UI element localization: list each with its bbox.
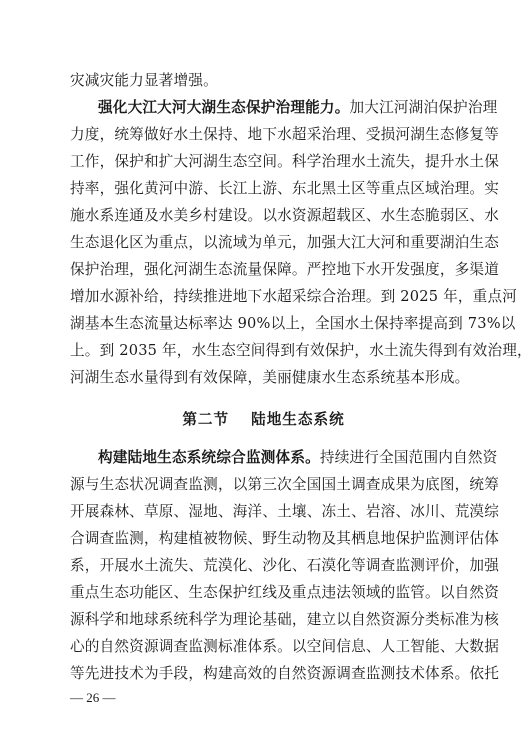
- section-title: 陆地生态系统: [251, 411, 345, 428]
- paragraph-lead-bold: 强化大江大河大湖生态保护治理能力。: [98, 99, 350, 116]
- text-line: 等先进技术为手段，构建高效的自然资源调查监测技术体系。依托: [70, 664, 458, 684]
- text-line: 湖基本生态流量达标率达 90%以上，全国水土保持率提高到 73%以: [70, 314, 458, 334]
- text-line: 持率，强化黄河中游、长江上游、东北黑土区等重点区域治理。实: [70, 179, 458, 199]
- section-heading: 第二节陆地生态系统: [0, 408, 527, 429]
- page-number: — 26 —: [70, 690, 116, 706]
- text-line: 构建陆地生态系统综合监测体系。持续进行全国范围内自然资: [98, 448, 458, 468]
- paragraph-text: 持续进行全国范围内自然资: [320, 449, 498, 466]
- text-line: 灾减灾能力显著增强。: [70, 71, 458, 91]
- text-line: 开展森林、草原、湿地、海洋、土壤、冻土、岩溶、冰川、荒漠综: [70, 502, 458, 522]
- text-line: 增加水源补给，持续推进地下水超采综合治理。到 2025 年，重点河: [70, 287, 458, 307]
- text-line: 合调查监测，构建植被物候、野生动物及其栖息地保护监测评估体: [70, 529, 458, 549]
- text-line: 源与生态状况调查监测，以第三次全国国土调查成果为底图，统筹: [70, 475, 458, 495]
- paragraph-lead-bold: 构建陆地生态系统综合监测体系。: [98, 449, 320, 466]
- text-line: 工作，保护和扩大河湖生态空间。科学治理水土流失，提升水土保: [70, 152, 458, 172]
- text-line: 重点生态功能区、生态保护红线及重点违法领域的监管。以自然资: [70, 583, 458, 603]
- text-line: 保护治理，强化河湖生态流量保障。严控地下水开发强度，多渠道: [70, 260, 458, 280]
- section-number: 第二节: [182, 411, 229, 428]
- text-line: 强化大江大河大湖生态保护治理能力。加大江河湖泊保护治理: [98, 98, 458, 118]
- text-line: 系，开展水土流失、荒漠化、沙化、石漠化等调查监测评价，加强: [70, 556, 458, 576]
- document-page: 灾减灾能力显著增强。 强化大江大河大湖生态保护治理能力。加大江河湖泊保护治理 力…: [0, 0, 527, 747]
- text-line: 上。到 2035 年，水生态空间得到有效保护，水土流失得到有效治理，: [70, 341, 458, 361]
- text-line: 源科学和地球系统科学为理论基础，建立以自然资源分类标准为核: [70, 610, 458, 630]
- paragraph-text: 加大江河湖泊保护治理: [350, 99, 498, 116]
- text-line: 心的自然资源调查监测标准体系。以空间信息、人工智能、大数据: [70, 637, 458, 657]
- text-line: 生态退化区为重点，以流域为单元，加强大江大河和重要湖泊生态: [70, 233, 458, 253]
- text-line: 施水系连通及水美乡村建设。以水资源超载区、水生态脆弱区、水: [70, 206, 458, 226]
- text-line: 河湖生态水量得到有效保障，美丽健康水生态系统基本形成。: [70, 368, 458, 388]
- text-line: 力度，统筹做好水土保持、地下水超采治理、受损河湖生态修复等: [70, 125, 458, 145]
